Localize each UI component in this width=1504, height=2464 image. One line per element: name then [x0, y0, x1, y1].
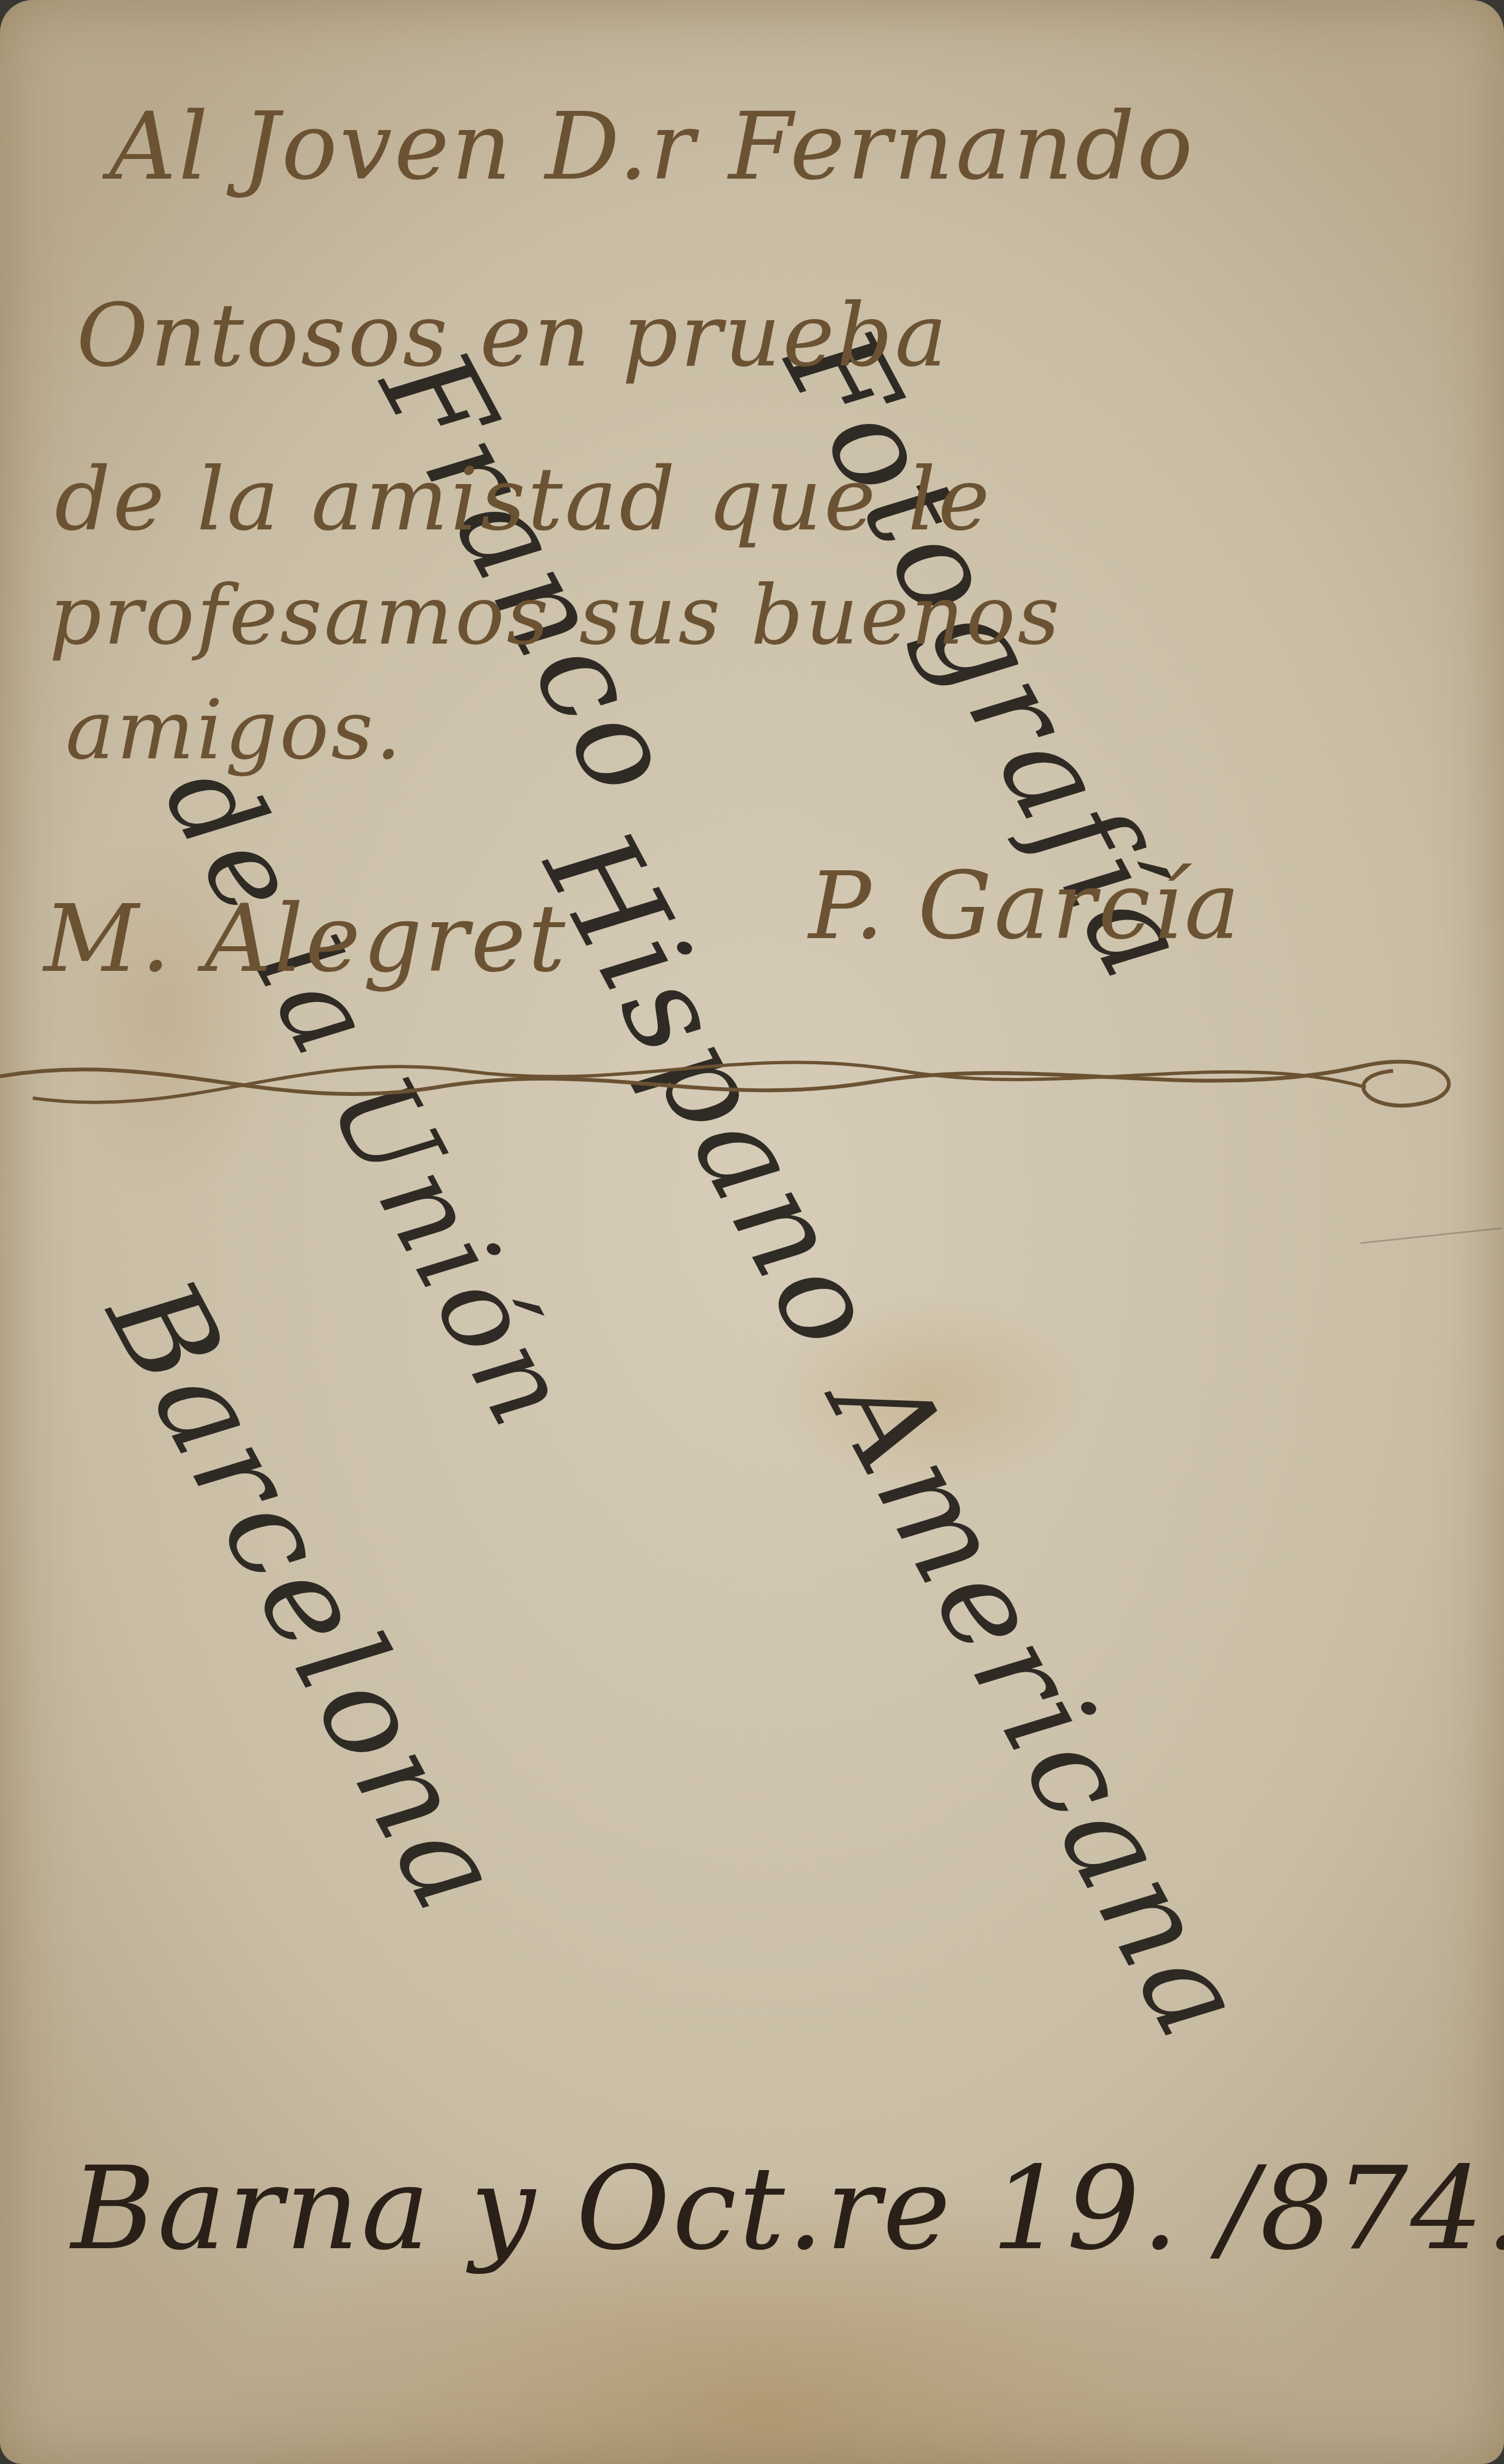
date-line: Barna y Oct.re 19. /874.	[71, 2142, 1504, 2276]
dedication-line-3: de la amistad que le	[55, 448, 992, 550]
dedication-line-1: Al Joven D.r Fernando	[109, 93, 1195, 201]
dedication-line-5: amigos.	[66, 683, 404, 778]
dedication-card: Fotografía Franco Hispano Americana de l…	[0, 0, 1504, 2464]
dedication-line-2: Ontosos en prueba	[76, 284, 949, 386]
signature-garcia: P. García	[809, 852, 1242, 960]
printed-word-americana: Americana	[802, 1347, 1276, 2065]
printed-text-hispano-americana: Hispano Americana	[516, 809, 1276, 2065]
dedication-line-4: profesamos sus buenos	[49, 568, 1061, 663]
signature-flourish-icon	[0, 1027, 1504, 1136]
signature-alegret: M. Alegret	[44, 885, 568, 993]
paper-tear	[1360, 1228, 1504, 1277]
